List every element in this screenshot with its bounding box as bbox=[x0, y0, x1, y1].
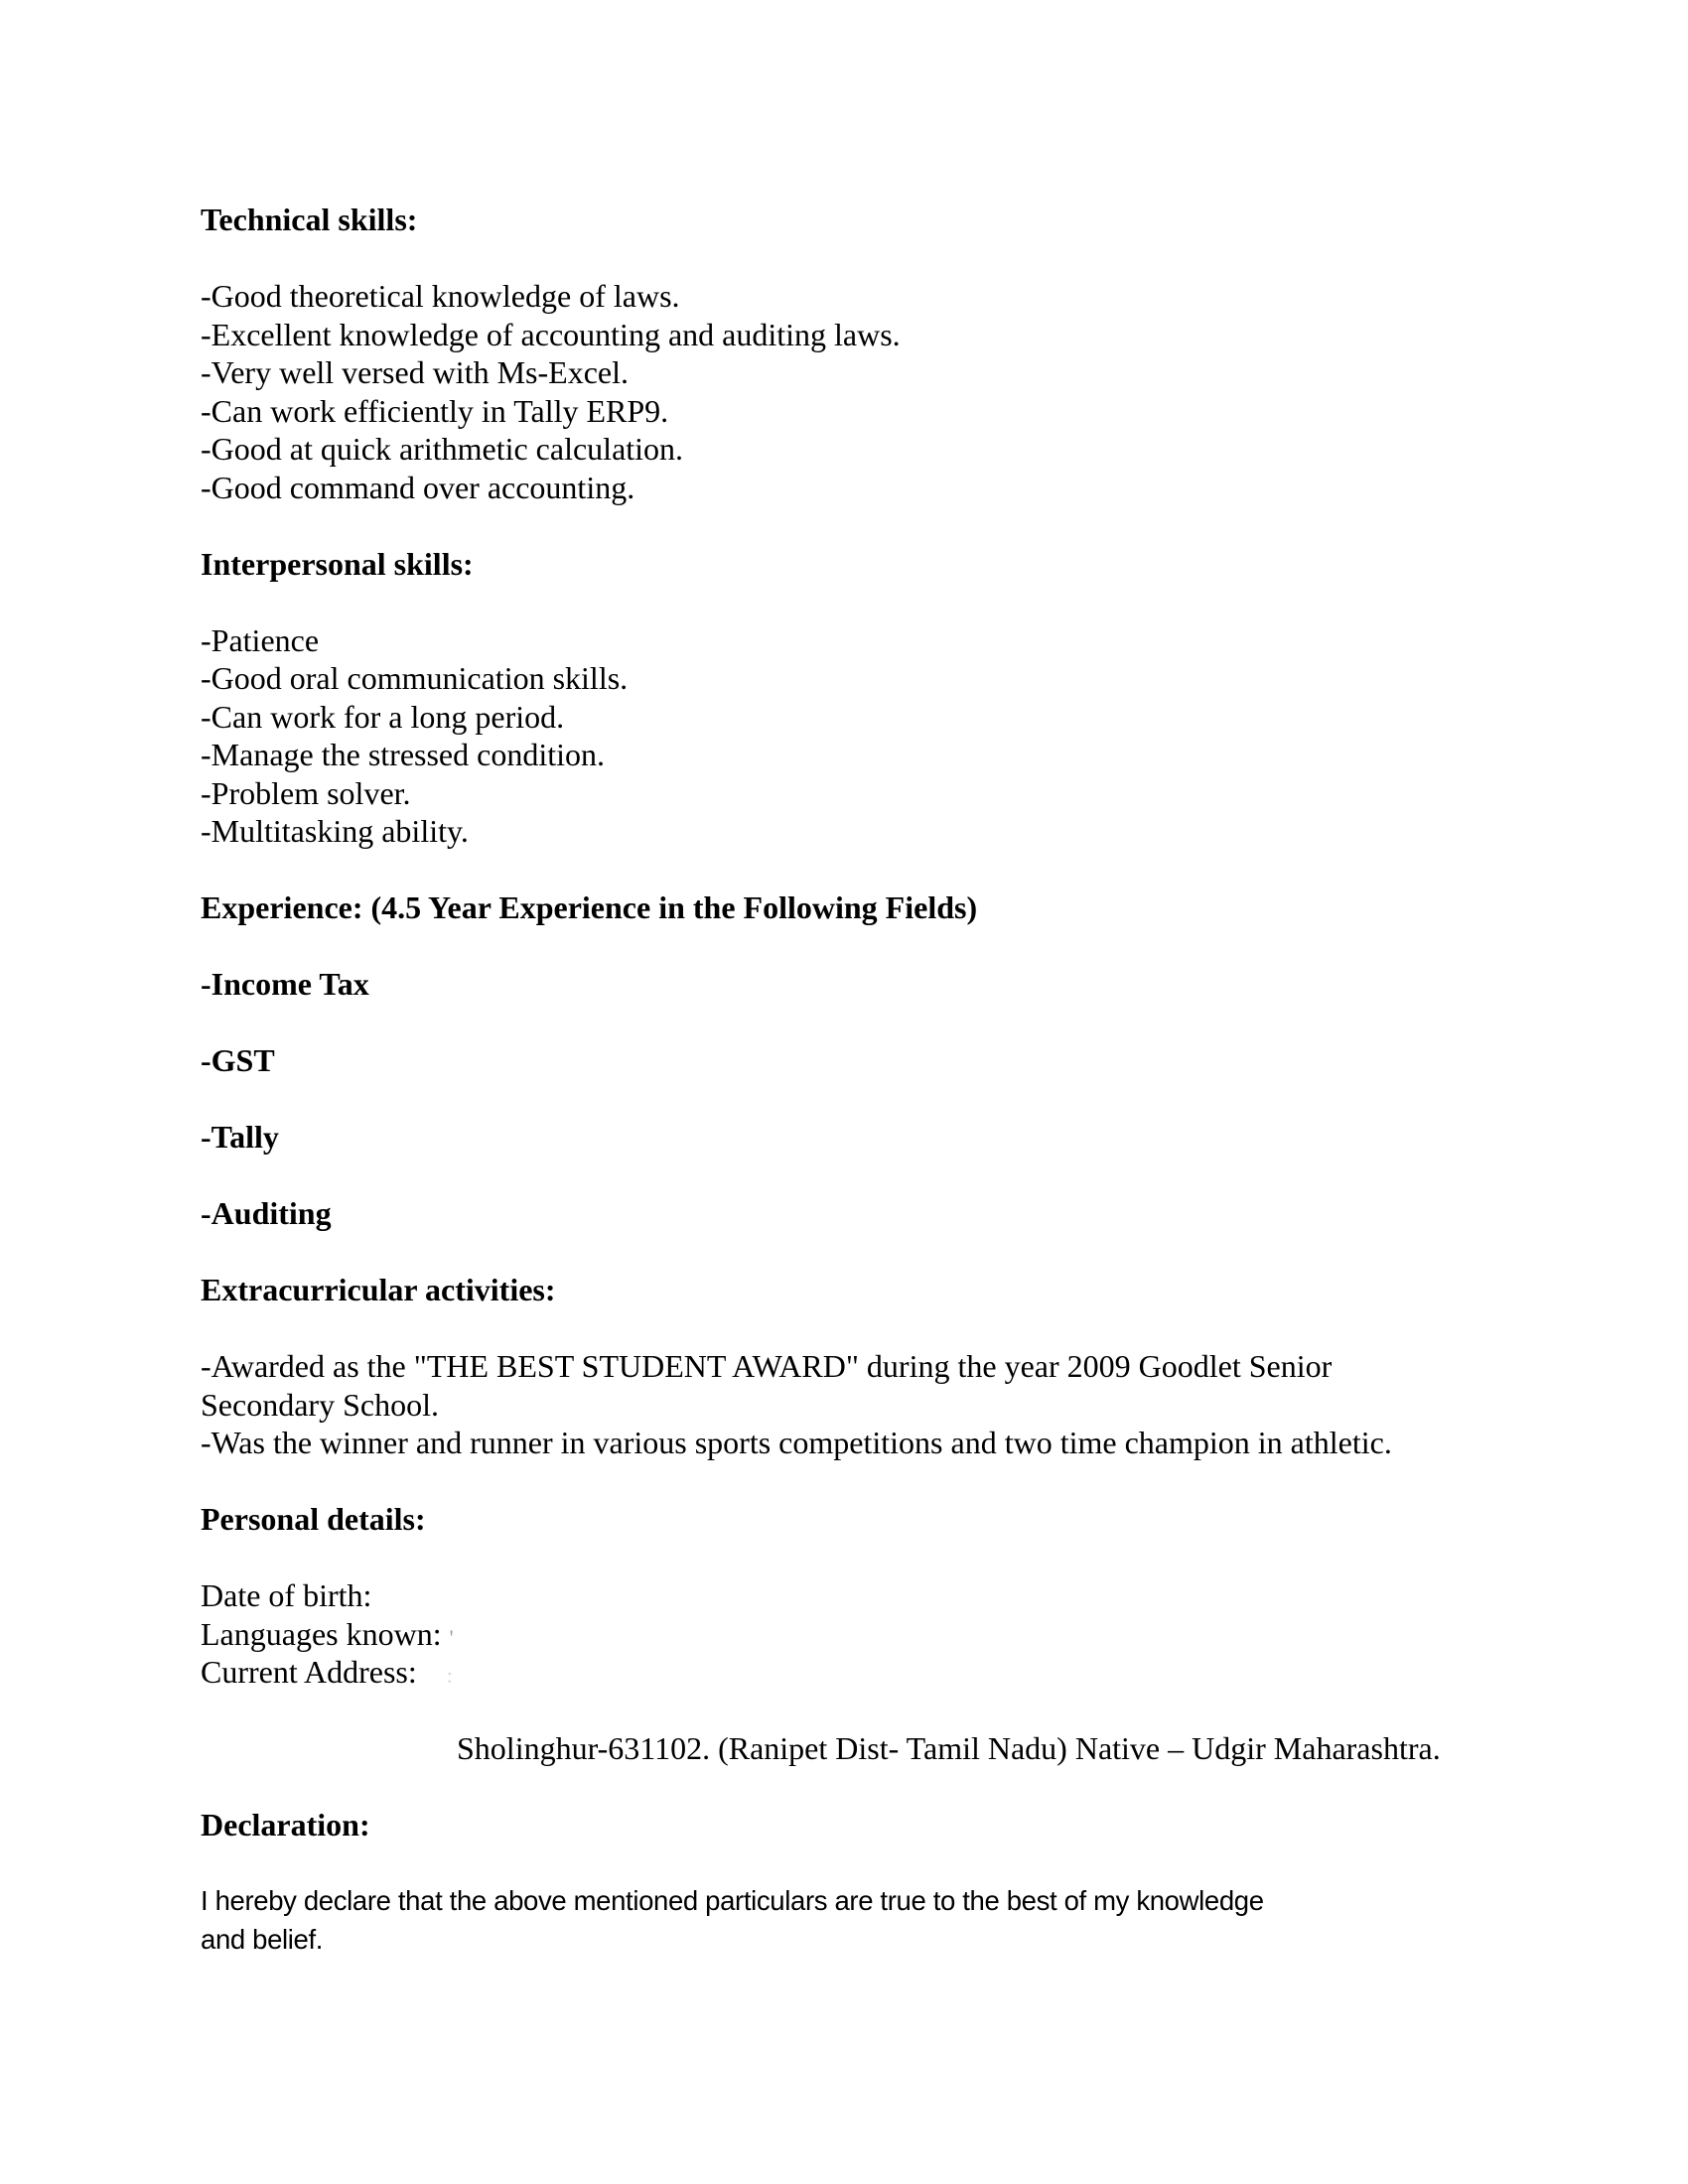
languages-label: Languages known: bbox=[201, 1616, 442, 1652]
list-item: -Good at quick arithmetic calculation. bbox=[201, 430, 1491, 469]
technical-skills-section: Technical skills: -Good theoretical know… bbox=[201, 201, 1491, 506]
resume-page: Technical skills: -Good theoretical know… bbox=[201, 201, 1491, 1959]
list-item: -Can work efficiently in Tally ERP9. bbox=[201, 392, 1491, 431]
experience-field: -Auditing bbox=[201, 1194, 1491, 1233]
section-heading: Experience: (4.5 Year Experience in the … bbox=[201, 888, 1491, 927]
address-row: Current Address: : bbox=[201, 1653, 1491, 1692]
date-of-birth-row: Date of birth: bbox=[201, 1576, 1491, 1615]
extracurricular-section: Extracurricular activities: -Awarded as … bbox=[201, 1271, 1491, 1462]
section-heading: Personal details: bbox=[201, 1500, 1491, 1539]
interpersonal-skills-section: Interpersonal skills: -Patience -Good or… bbox=[201, 545, 1491, 851]
address-continuation: Sholinghur-631102. (Ranipet Dist- Tamil … bbox=[201, 1729, 1491, 1768]
section-heading: Extracurricular activities: bbox=[201, 1271, 1491, 1309]
list-item: -Excellent knowledge of accounting and a… bbox=[201, 316, 1491, 354]
list-item: -Problem solver. bbox=[201, 774, 1491, 813]
paragraph-line: -Was the winner and runner in various sp… bbox=[201, 1424, 1491, 1462]
experience-section: Experience: (4.5 Year Experience in the … bbox=[201, 888, 1491, 1233]
paragraph-line: and belief. bbox=[201, 1921, 1491, 1960]
experience-field: -Income Tax bbox=[201, 965, 1491, 1004]
list-item: -Very well versed with Ms-Excel. bbox=[201, 353, 1491, 392]
list-item: -Good command over accounting. bbox=[201, 469, 1491, 507]
declaration-section: Declaration: I hereby declare that the a… bbox=[201, 1806, 1491, 1959]
redaction-remnant: : bbox=[447, 1663, 453, 1688]
date-of-birth-label: Date of birth: bbox=[201, 1577, 371, 1613]
list-item: -Good oral communication skills. bbox=[201, 659, 1491, 698]
section-heading: Technical skills: bbox=[201, 201, 1491, 239]
address-label: Current Address: bbox=[201, 1654, 417, 1690]
list-item: -Good theoretical knowledge of laws. bbox=[201, 277, 1491, 316]
redaction-remnant: ' bbox=[450, 1625, 454, 1650]
paragraph-line: -Awarded as the "THE BEST STUDENT AWARD"… bbox=[201, 1347, 1491, 1386]
list-item: -Multitasking ability. bbox=[201, 812, 1491, 851]
experience-field: -GST bbox=[201, 1041, 1491, 1080]
list-item: -Manage the stressed condition. bbox=[201, 736, 1491, 774]
list-item: -Patience bbox=[201, 621, 1491, 660]
paragraph-line: Secondary School. bbox=[201, 1386, 1491, 1425]
experience-field: -Tally bbox=[201, 1118, 1491, 1157]
section-heading: Declaration: bbox=[201, 1806, 1491, 1844]
paragraph-line: I hereby declare that the above mentione… bbox=[201, 1882, 1491, 1921]
list-item: -Can work for a long period. bbox=[201, 698, 1491, 737]
personal-details-section: Personal details: Date of birth: Languag… bbox=[201, 1500, 1491, 1768]
section-heading: Interpersonal skills: bbox=[201, 545, 1491, 584]
languages-row: Languages known: ' bbox=[201, 1615, 1491, 1654]
